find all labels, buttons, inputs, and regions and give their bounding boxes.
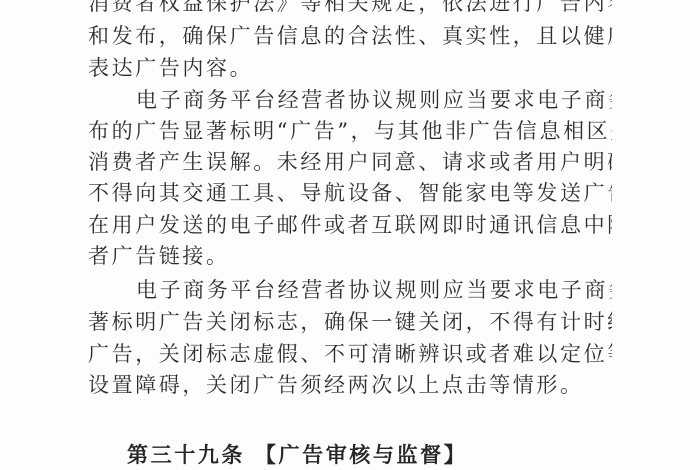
text-line: 电子商务平台经营者协议规则应当要求电子商务经营者显 bbox=[136, 275, 612, 305]
text-line: 和发布，确保广告信息的合法性、真实性，且以健康的表现形式 bbox=[88, 21, 612, 51]
text-line: 不得向其交通工具、导航设备、智能家电等发送广告信息，不得 bbox=[88, 178, 612, 208]
text-line: 者广告链接。 bbox=[88, 241, 612, 271]
text-line: 设置障碍，关闭广告须经两次以上点击等情形。 bbox=[88, 370, 612, 400]
text-line: 表达广告内容。 bbox=[88, 53, 612, 83]
text-line: 电子商务平台经营者协议规则应当要求电子商务经营者发 bbox=[136, 85, 612, 115]
text-line: 消费者权益保护法》等相关规定，依法进行广告内容的审核 bbox=[88, 0, 612, 18]
text-line: 消费者产生误解。未经用户同意、请求或者用户明确表示拒绝的， bbox=[88, 147, 612, 177]
text-line: 广告，关闭标志虚假、不可清晰辨识或者难以定位等为关闭广告 bbox=[88, 339, 612, 369]
document-page: 消费者权益保护法》等相关规定，依法进行广告内容的审核 和发布，确保广告信息的合法… bbox=[0, 0, 700, 470]
article-heading: 第三十九条 【广告审核与监督】 bbox=[127, 440, 467, 470]
text-line: 在用户发送的电子邮件或者互联网即时通讯信息中附加广告或 bbox=[88, 210, 612, 240]
text-line: 著标明广告关闭标志，确保一键关闭，不得有计时结束才能关闭 bbox=[88, 307, 612, 337]
text-line: 布的广告显著标明“广告”，与其他非广告信息相区别，不得使 bbox=[88, 116, 612, 146]
